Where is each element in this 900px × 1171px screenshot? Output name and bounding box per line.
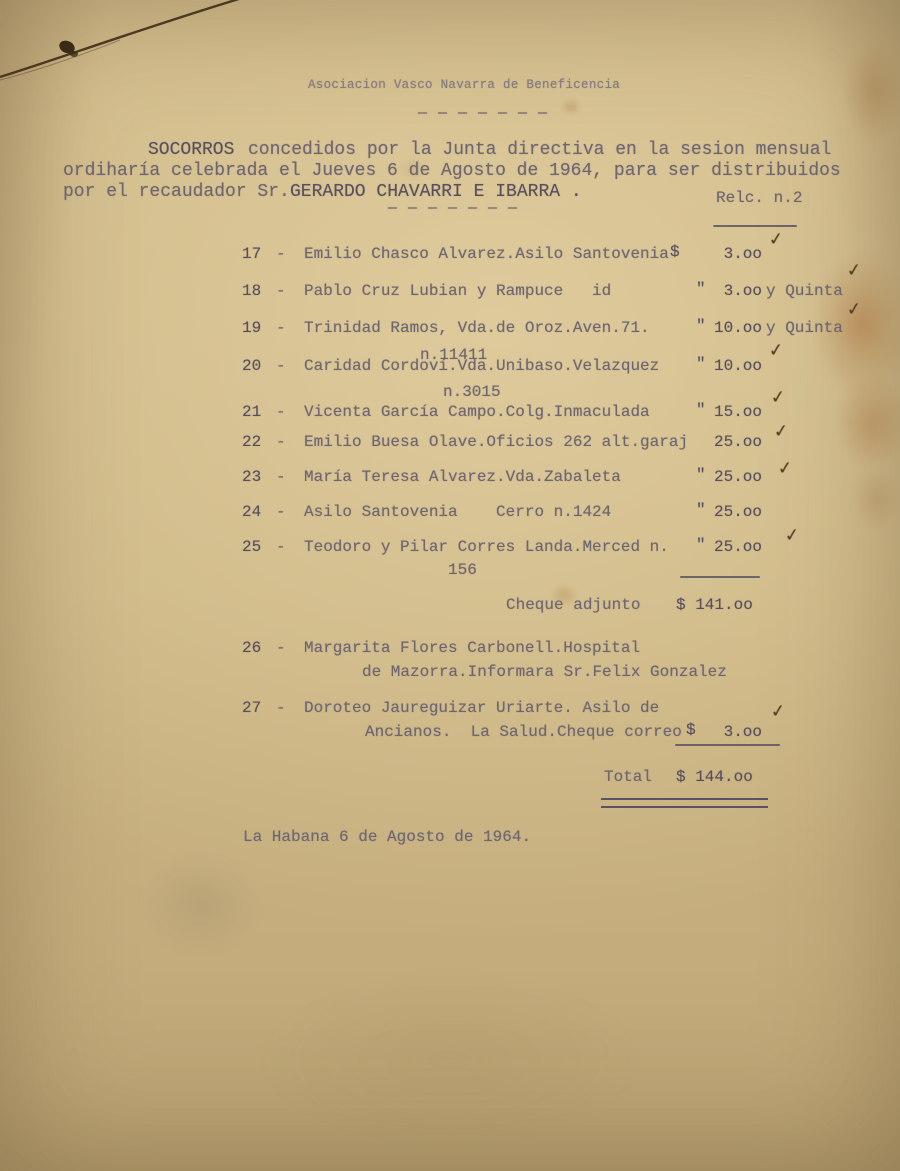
- item-amount: 3.oo: [700, 283, 762, 301]
- paragraph-line1: concedidos por la Junta directiva en la …: [248, 141, 831, 161]
- item-dash: -: [276, 358, 286, 376]
- cheque-label: Cheque adjunto: [506, 597, 640, 615]
- stain: [852, 468, 900, 530]
- item-amount: 3.oo: [700, 724, 762, 742]
- item-sub-number: n.3015: [443, 384, 501, 402]
- document-title: Asociacion Vasco Navarra de Beneficencia: [308, 79, 620, 93]
- checkmark: ✓: [769, 230, 783, 251]
- paragraph-word-socorros: SOCORROS: [148, 141, 234, 161]
- item-number: 23: [242, 469, 261, 487]
- item-sub-number: 156: [448, 562, 477, 580]
- stain: [138, 852, 263, 957]
- checkmark: ✓: [771, 702, 785, 723]
- footer-date: La Habana 6 de Agosto de 1964.: [243, 829, 531, 847]
- item-amount: 10.oo: [700, 320, 762, 338]
- checkmark: ✓: [847, 300, 861, 321]
- item-amount: 10.oo: [700, 358, 762, 376]
- item-dash: -: [276, 469, 286, 487]
- amount-underline: [680, 576, 760, 578]
- total-amount: $ 144.oo: [676, 769, 753, 787]
- item-number: 27: [242, 700, 261, 718]
- item-description: María Teresa Alvarez.Vda.Zabaleta: [304, 469, 621, 487]
- checkmark: ✓: [778, 459, 792, 480]
- item-dash: -: [276, 504, 286, 522]
- item-number: 25: [242, 539, 261, 557]
- amount-underline: [675, 744, 780, 746]
- item-dash: -: [276, 434, 286, 452]
- item-dash: -: [276, 404, 286, 422]
- item-description: Pablo Cruz Lubian y Rampuce id: [304, 283, 611, 301]
- relc-underline: [713, 225, 797, 227]
- item-number: 20: [242, 358, 261, 376]
- item-description: Emilio Chasco Alvarez.Asilo Santovenia: [304, 246, 669, 264]
- currency-sign: $: [670, 244, 680, 262]
- checkmark: ✓: [769, 341, 783, 362]
- item-description: Doroteo Jaureguizar Uriarte. Asilo de: [304, 700, 659, 718]
- item-dash: -: [276, 640, 286, 658]
- relc-label: Relc. n.2: [716, 190, 802, 208]
- item-amount: 25.oo: [700, 504, 762, 522]
- item-dash: -: [276, 539, 286, 557]
- paragraph-line3-prefix: por el recaudador Sr.: [63, 183, 290, 203]
- total-label: Total: [604, 769, 652, 787]
- currency-sign: $: [686, 722, 696, 740]
- item-description: Margarita Flores Carbonell.Hospital: [304, 640, 640, 658]
- item-description: Vicenta García Campo.Colg.Inmaculada: [304, 404, 650, 422]
- item-description: Teodoro y Pilar Corres Landa.Merced n.: [304, 539, 669, 557]
- total-double-underline: [601, 798, 768, 808]
- stain: [835, 375, 900, 470]
- item-number: 21: [242, 404, 261, 422]
- stain: [843, 42, 900, 142]
- checkmark: ✓: [774, 422, 788, 443]
- item-number: 24: [242, 504, 261, 522]
- item-description: Emilio Buesa Olave.Oficios 262 alt.garaj: [304, 434, 688, 452]
- item-amount: 25.oo: [700, 469, 762, 487]
- item-description-line2: Ancianos. La Salud.Cheque correo: [365, 724, 682, 742]
- item-number: 19: [242, 320, 261, 338]
- checkmark: ✓: [785, 526, 799, 547]
- thread-artifact: [0, 0, 260, 90]
- separator-dashes-mid: — — — — — — —: [388, 201, 518, 218]
- paragraph-line2: ordiharía celebrada el Jueves 6 de Agost…: [63, 162, 841, 182]
- stain: [255, 975, 645, 1145]
- item-description: Trinidad Ramos, Vda.de Oroz.Aven.71.: [304, 320, 650, 338]
- item-number: 18: [242, 283, 261, 301]
- item-amount: 3.oo: [700, 246, 762, 264]
- item-dash: -: [276, 283, 286, 301]
- checkmark: ✓: [847, 261, 861, 282]
- item-number: 17: [242, 246, 261, 264]
- item-dash: -: [276, 700, 286, 718]
- checkmark: ✓: [771, 388, 785, 409]
- document-page: Asociacion Vasco Navarra de Beneficencia…: [0, 0, 900, 1171]
- cheque-amount: $ 141.oo: [676, 597, 753, 615]
- item-description: Asilo Santovenia Cerro n.1424: [304, 504, 611, 522]
- item-amount: 15.oo: [700, 404, 762, 422]
- item-description-line2: de Mazorra.Informara Sr.Felix Gonzalez: [362, 664, 727, 682]
- stain: [560, 98, 582, 116]
- item-number: 26: [242, 640, 261, 658]
- item-dash: -: [276, 320, 286, 338]
- item-amount: 25.oo: [700, 434, 762, 452]
- item-amount-suffix: y Quinta: [766, 283, 843, 301]
- separator-dashes-top: — — — — — — —: [418, 106, 548, 123]
- item-amount: 25.oo: [700, 539, 762, 557]
- item-number: 22: [242, 434, 261, 452]
- item-dash: -: [276, 246, 286, 264]
- item-description: Caridad Cordoví.Vda.Unibaso.Velazquez: [304, 358, 659, 376]
- item-amount-suffix: y Quinta: [766, 320, 843, 338]
